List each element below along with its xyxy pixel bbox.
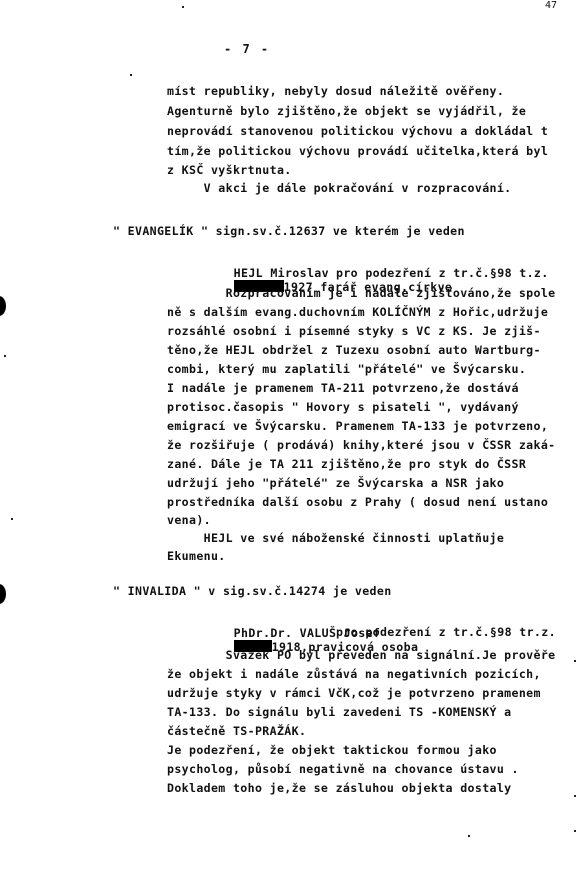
- invalida-line-6: Je podezření, že objekt taktickou formou…: [167, 743, 497, 757]
- invalida-line-5: částečně TS-PRAŽÁK.: [167, 724, 306, 738]
- scan-speck: [182, 6, 184, 8]
- intro-line-6: V akci je dále pokračování v rozpracován…: [167, 181, 512, 195]
- evangelik-line-5: combi, který mu zaplatili "přátelé" ve Š…: [167, 362, 526, 376]
- page-corner-number: 47: [545, 0, 557, 11]
- invalida-suspicion: pro podezření z tr.č.§98 tr.z.: [336, 625, 556, 639]
- punch-hole-top: [0, 296, 6, 316]
- punch-hole-bottom: [0, 584, 6, 604]
- scan-speck: [574, 830, 576, 832]
- invalida-line-4: TA-133. Do signálu byli zavedeni TS -KOM…: [167, 705, 512, 719]
- scan-speck: [468, 835, 470, 837]
- evangelik-heading: " EVANGELÍK " sign.sv.č.12637 ve kterém …: [113, 224, 465, 238]
- invalida-line-7: psycholog, působí negativně na chovance …: [167, 762, 519, 776]
- invalida-line-1: Svazek PO byl převeden na signální.Je pr…: [167, 648, 556, 662]
- evangelik-line-13: vena).: [167, 513, 211, 527]
- page-number: - 7 -: [224, 42, 270, 56]
- invalida-line-2: že objekt i nadále zůstává na negativníc…: [167, 667, 541, 681]
- evangelik-line-11: udržují jeho "přátelé" ze Švýcarska a NS…: [167, 476, 504, 490]
- evangelik-line-6: I nadále je pramenem TA-211 potvrzeno,že…: [167, 381, 519, 395]
- evangelik-line-2: ně s dalším evang.duchovním KOLÍČNÝM z H…: [167, 305, 548, 319]
- intro-line-4: tím,že politickou výchovu provádí učitel…: [167, 144, 548, 158]
- evangelik-line-10: zané. Dále je TA 211 zjištěno,že pro sty…: [167, 457, 526, 471]
- invalida-line-8: Dokladem toho je,že se zásluhou objekta …: [167, 781, 512, 795]
- intro-line-5: z KSČ vyškrtnuta.: [167, 163, 292, 177]
- scan-speck: [4, 355, 6, 357]
- evangelik-line-4: těno,že HEJL obdržel z Tuzexu osobní aut…: [167, 343, 541, 357]
- evangelik-person-name: HEJL Miroslav: [234, 266, 329, 280]
- evangelik-line-1: Rozpracováním je i nadále zjišťováno,že …: [167, 286, 556, 300]
- evangelik-line-14: HEJL ve své náboženské činnosti uplatňuj…: [167, 531, 504, 545]
- evangelik-line-7: protisoc.časopis " Hovory s pisateli ", …: [167, 400, 519, 414]
- scan-speck: [130, 74, 132, 76]
- scan-speck: [11, 518, 13, 520]
- evangelik-suspicion: pro podezření z tr.č.§98 t.z.: [336, 266, 549, 280]
- invalida-line-3: udržuje styky v rámci VčK,což je potvrze…: [167, 686, 541, 700]
- evangelik-line-9: že rozšiřuje ( prodává) knihy,které jsou…: [167, 438, 556, 452]
- intro-line-1: míst republiky, nebyly dosud náležitě ov…: [167, 84, 504, 98]
- evangelik-line-8: emigrací ve Švýcarsku. Pramenem TA-133 j…: [167, 419, 548, 433]
- scan-speck: [574, 660, 576, 662]
- scan-speck: [574, 795, 576, 797]
- intro-line-3: neprovádí stanovenou politickou výchovu …: [167, 124, 548, 138]
- evangelik-line-3: rozsáhlé osobní i písemné styky s VC z K…: [167, 324, 541, 338]
- evangelik-line-15: Ekumenu.: [167, 549, 226, 563]
- intro-line-2: Agenturně bylo zjištěno,že objekt se vyj…: [167, 104, 526, 118]
- evangelik-line-12: prostředníka další osobu z Prahy ( dosud…: [167, 495, 548, 509]
- invalida-heading: " INVALIDA " v sig.sv.č.14274 je veden: [113, 584, 392, 598]
